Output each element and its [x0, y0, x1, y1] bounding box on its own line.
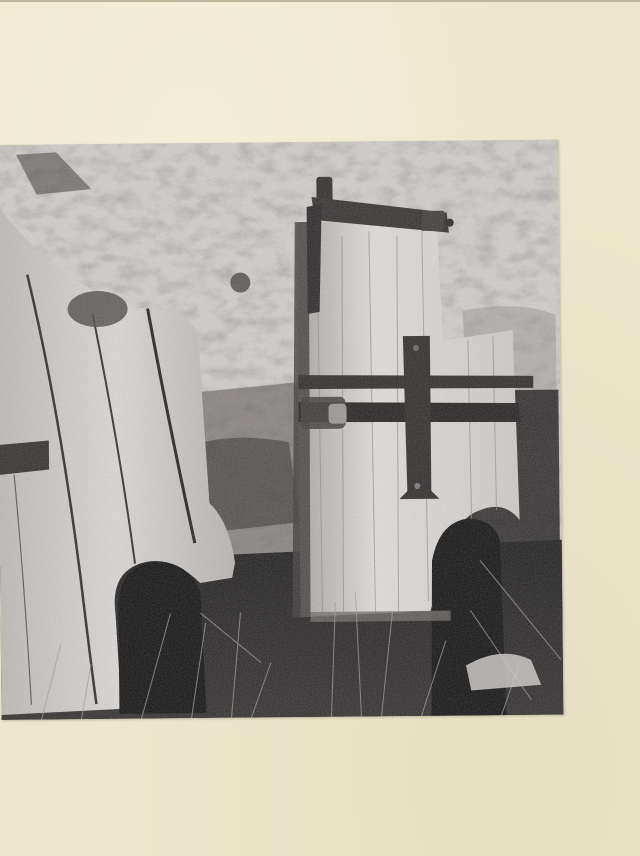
page-top-edge: [0, 0, 640, 2]
photograph: [0, 140, 563, 720]
photo-illustration: [0, 140, 563, 720]
book-page: [0, 0, 640, 856]
